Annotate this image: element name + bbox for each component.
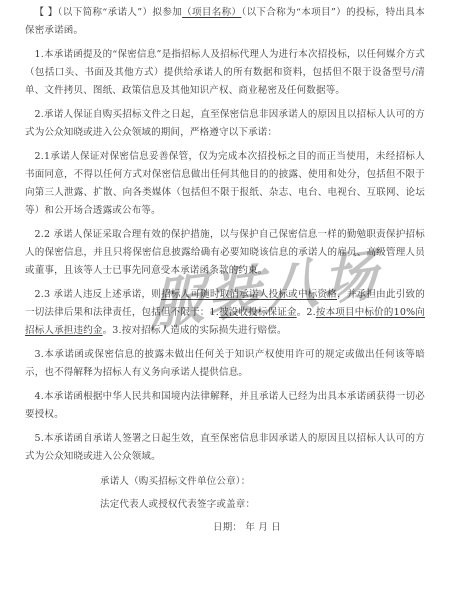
paragraph-6: 2.3 承诺人违反上述承诺，则招标人可随时取消承诺人投标或中标资格，并承担由此引…	[25, 286, 425, 340]
signature-representative-line: 法定代表人或授权代表签字或盖章：	[25, 496, 425, 514]
document-page: 【 】（以下简称“承诺人”）拟参加（项目名称）（以下合称为“本项目”）的投标，特…	[0, 0, 450, 537]
text-segment: 2.2 承诺人保证采取合理有效的保护措施，以与保护自己保密信息一样的勤勉职责保护…	[25, 229, 425, 276]
underlined-text: 招标人可随时取消承诺人投标或中标资格	[161, 289, 337, 300]
paragraph-1: 【 】（以下简称“承诺人”）拟参加（项目名称）（以下合称为“本项目”）的投标，特…	[25, 4, 425, 40]
text-segment: 。3.按对招标人造成的实际损失进行赔偿。	[103, 325, 287, 336]
underlined-text: 被没收投标保证金	[219, 307, 297, 318]
paragraph-5: 2.2 承诺人保证采取合理有效的保护措施，以与保护自己保密信息一样的勤勉职责保护…	[25, 226, 425, 280]
paragraph-4: 2.1承诺人保证对保密信息妥善保管，仅为完成本次招投标之目的而正当使用，未经招标…	[25, 148, 425, 220]
text-segment: 3.本承诺函或保密信息的披露未做出任何关于知识产权使用许可的规定或做出任何该等暗…	[25, 349, 425, 378]
text-segment: 【 】（以下简称“承诺人”）拟参加	[35, 7, 183, 18]
text-segment: 5.本承诺函自承诺人签署之日起生效，直至保密信息非因承诺人的原因且以招标人认可的…	[25, 433, 425, 462]
signature-promisor-line: 承诺人（购买招标文件单位公章）：	[25, 473, 425, 491]
paragraph-7: 3.本承诺函或保密信息的披露未做出任何关于知识产权使用许可的规定或做出任何该等暗…	[25, 346, 425, 382]
paragraph-3: 2.承诺人保证自购买招标文件之日起，直至保密信息非因承诺人的原因且以招标人认可的…	[25, 106, 425, 142]
text-segment: 1.本承诺函提及的“保密信息”是指招标人及招标代理人为进行本次招投标，以任何媒介…	[25, 49, 425, 96]
paragraph-9: 5.本承诺函自承诺人签署之日起生效，直至保密信息非因承诺人的原因且以招标人认可的…	[25, 430, 425, 466]
text-segment: 4.本承诺函根据中华人民共和国境内法律解释，并且承诺人已经为出具本承诺函获得一切…	[25, 391, 425, 420]
text-segment: 。2.	[297, 307, 316, 318]
text-segment: 2.3 承诺人违反上述承诺，则	[35, 289, 162, 300]
document-body: 【 】（以下简称“承诺人”）拟参加（项目名称）（以下合称为“本项目”）的投标，特…	[25, 4, 425, 466]
text-segment: 2.1承诺人保证对保密信息妥善保管，仅为完成本次招投标之目的而正当使用，未经招标…	[25, 151, 425, 216]
paragraph-8: 4.本承诺函根据中华人民共和国境内法律解释，并且承诺人已经为出具本承诺函获得一切…	[25, 388, 425, 424]
underlined-text: （项目名称）	[182, 7, 241, 18]
signature-date-line: 日期： 年 月 日	[25, 519, 425, 537]
paragraph-2: 1.本承诺函提及的“保密信息”是指招标人及招标代理人为进行本次招投标，以任何媒介…	[25, 46, 425, 100]
text-segment: 2.承诺人保证自购买招标文件之日起，直至保密信息非因承诺人的原因且以招标人认可的…	[25, 109, 425, 138]
